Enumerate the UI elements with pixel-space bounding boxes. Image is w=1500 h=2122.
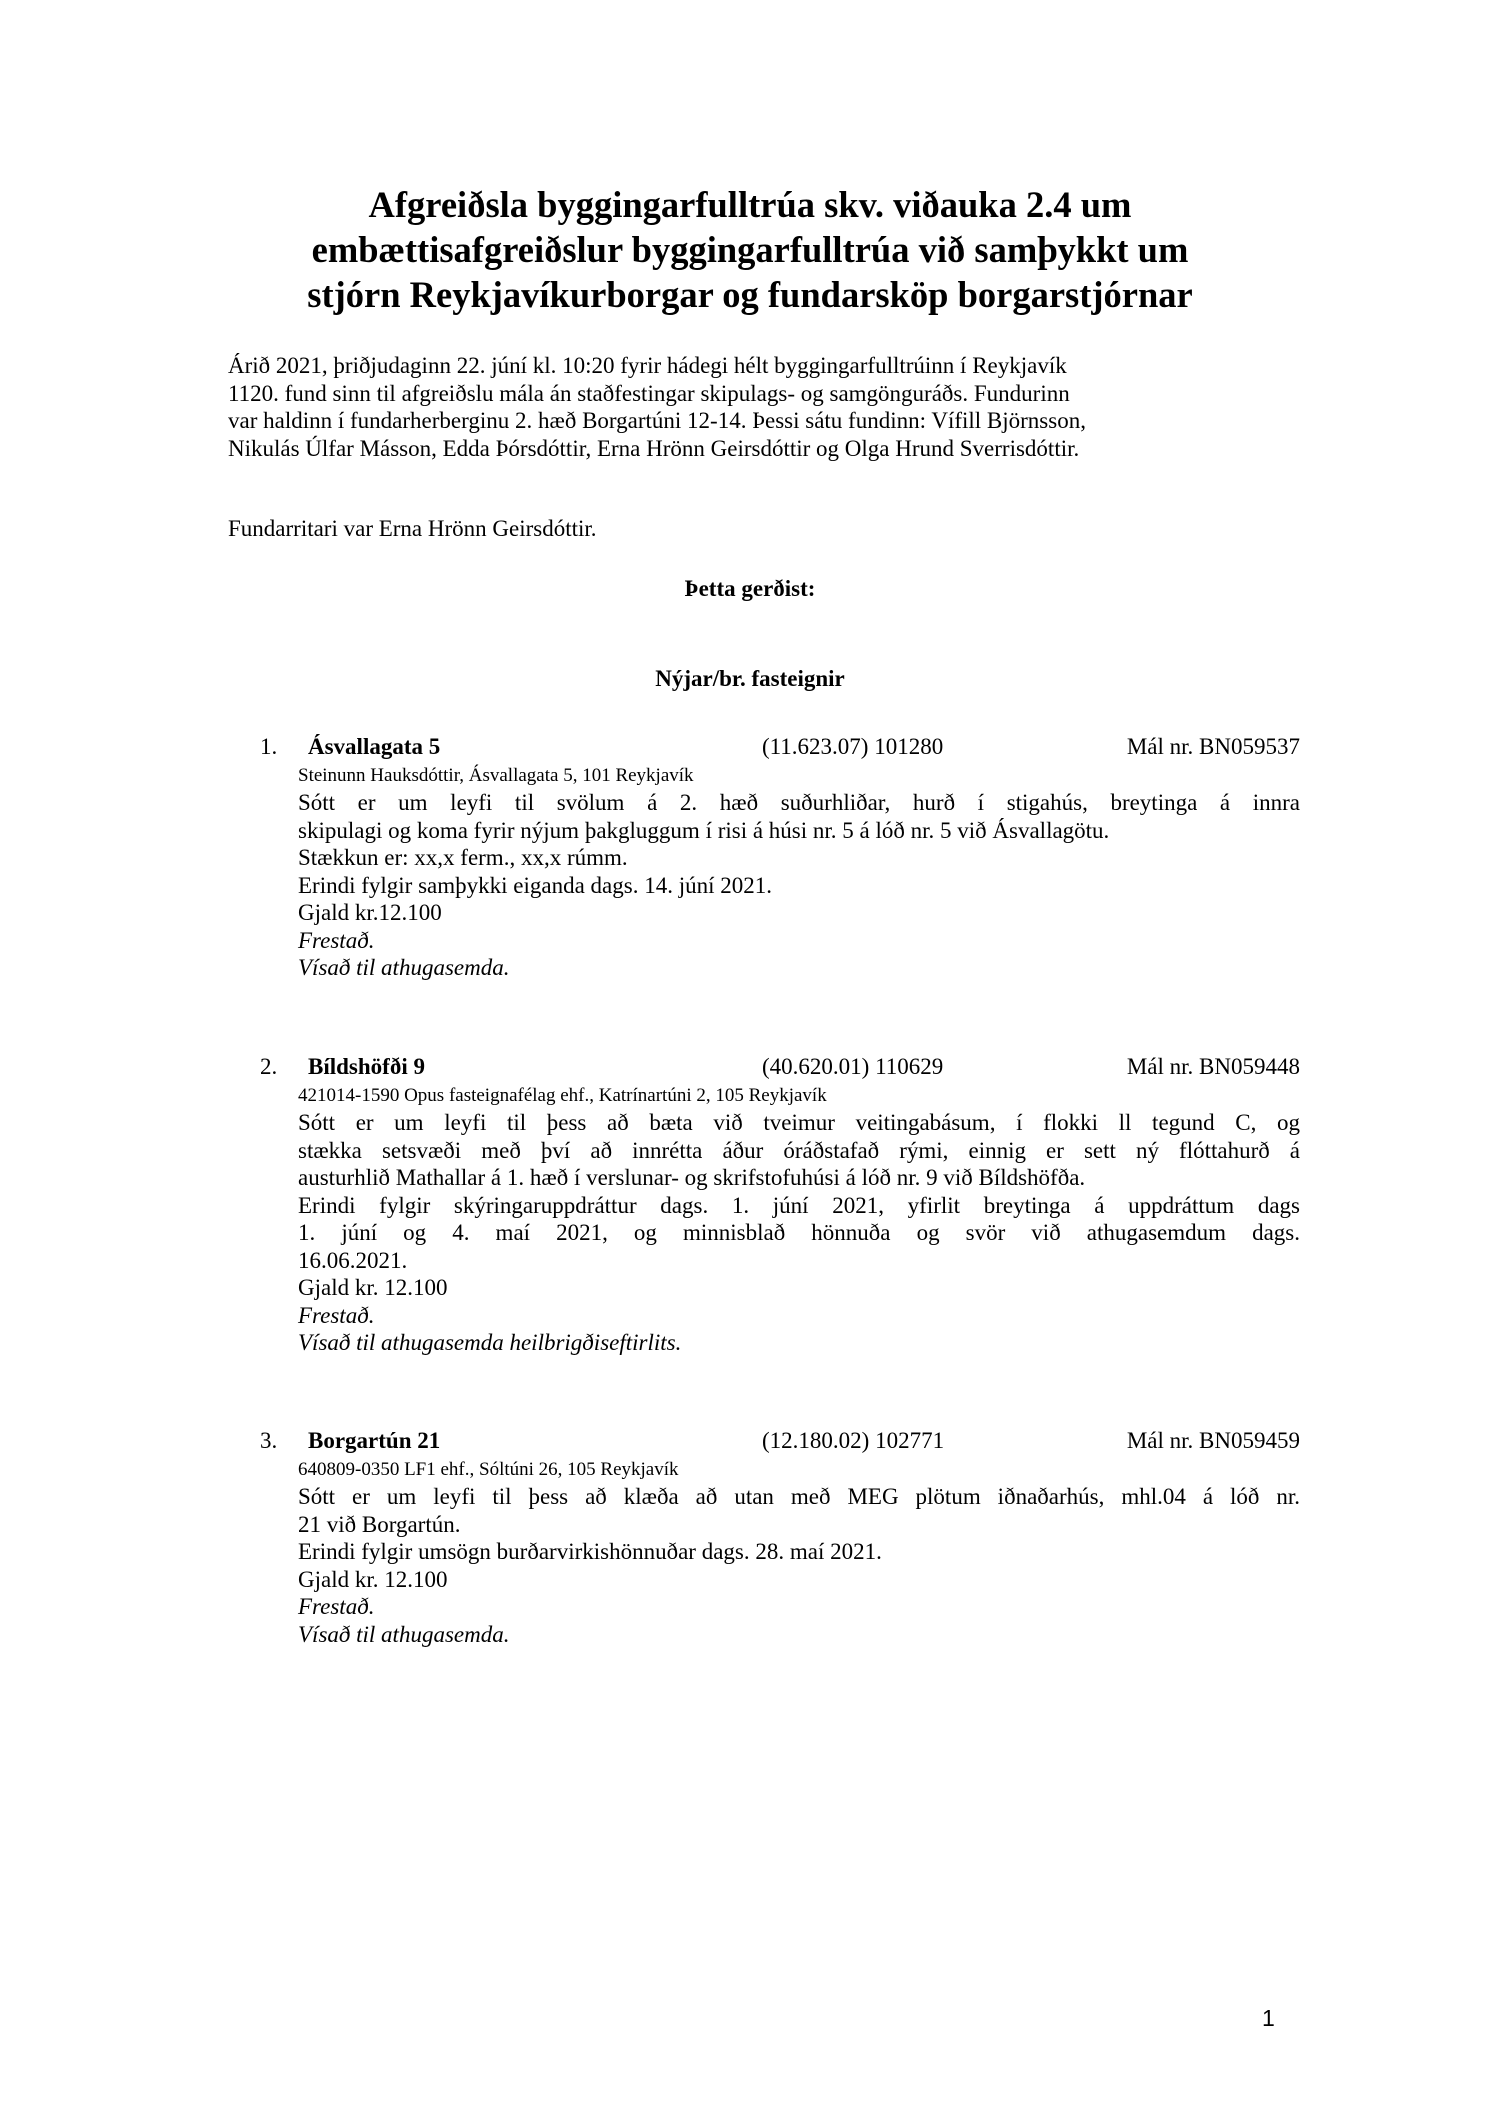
case-body: Steinunn Hauksdóttir, Ásvallagata 5, 101…	[298, 763, 1300, 982]
case-number: 3.	[260, 1427, 277, 1455]
case-decision: Frestað.	[298, 927, 1300, 955]
case-description-line: stækka setsvæði með því að innrétta áður…	[298, 1137, 1300, 1165]
meeting-intro-paragraph: Árið 2021, þriðjudaginn 22. júní kl. 10:…	[228, 352, 1308, 462]
case-header: 1. Ásvallagata 5 (11.623.07) 101280 Mál …	[260, 733, 1300, 763]
case-description-line: austurhlið Mathallar á 1. hæð í versluna…	[298, 1164, 1300, 1192]
case-detail-line: Erindi fylgir samþykki eiganda dags. 14.…	[298, 872, 1300, 900]
section-heading: Nýjar/br. fasteignir	[200, 665, 1300, 693]
case-description-line: Sótt er um leyfi til þess að bæta við tv…	[298, 1109, 1300, 1137]
case-land-id: (12.180.02) 102771	[762, 1427, 944, 1455]
proceedings-heading: Þetta gerðist:	[200, 575, 1300, 603]
case-detail-line: Stækkun er: xx,x ferm., xx,x rúmm.	[298, 844, 1300, 872]
case-fee: Gjald kr. 12.100	[298, 1566, 1300, 1594]
case-number-ref: Mál nr. BN059448	[1127, 1053, 1300, 1081]
case-item: 3. Borgartún 21 (12.180.02) 102771 Mál n…	[260, 1427, 1300, 1648]
case-address: Borgartún 21	[308, 1427, 440, 1455]
case-description-line: 1. júní og 4. maí 2021, og minnisblað hö…	[298, 1219, 1300, 1247]
intro-line: 1120. fund sinn til afgreiðslu mála án s…	[228, 380, 1308, 408]
case-description-line: Sótt er um leyfi til svölum á 2. hæð suð…	[298, 789, 1300, 817]
case-item: 2. Bíldshöfði 9 (40.620.01) 110629 Mál n…	[260, 1053, 1300, 1357]
case-description-line: Erindi fylgir skýringaruppdráttur dags. …	[298, 1192, 1300, 1220]
case-land-id: (11.623.07) 101280	[762, 733, 943, 761]
case-header: 3. Borgartún 21 (12.180.02) 102771 Mál n…	[260, 1427, 1300, 1457]
case-detail-line: Erindi fylgir umsögn burðarvirkishönnuða…	[298, 1538, 1300, 1566]
case-number: 2.	[260, 1053, 277, 1081]
case-item: 1. Ásvallagata 5 (11.623.07) 101280 Mál …	[260, 733, 1300, 982]
intro-line: Nikulás Úlfar Másson, Edda Þórsdóttir, E…	[228, 435, 1308, 463]
case-body: 421014-1590 Opus fasteignafélag ehf., Ka…	[298, 1083, 1300, 1357]
case-description-line: skipulagi og koma fyrir nýjum þakgluggum…	[298, 817, 1300, 845]
title-line: embættisafgreiðslur byggingarfulltrúa vi…	[200, 227, 1300, 272]
case-body: 640809-0350 LF1 ehf., Sóltúni 26, 105 Re…	[298, 1457, 1300, 1648]
document-page: Afgreiðsla byggingarfulltrúa skv. viðauk…	[0, 0, 1500, 2122]
case-decision-note: Vísað til athugasemda.	[298, 954, 1300, 982]
case-decision: Frestað.	[298, 1593, 1300, 1621]
intro-line: Árið 2021, þriðjudaginn 22. júní kl. 10:…	[228, 352, 1308, 380]
case-address: Ásvallagata 5	[308, 733, 440, 761]
case-decision-note: Vísað til athugasemda.	[298, 1621, 1300, 1649]
title-line: stjórn Reykjavíkurborgar og fundarsköp b…	[200, 272, 1300, 317]
case-applicant: 640809-0350 LF1 ehf., Sóltúni 26, 105 Re…	[298, 1457, 1300, 1483]
case-number-ref: Mál nr. BN059537	[1127, 733, 1300, 761]
case-applicant: 421014-1590 Opus fasteignafélag ehf., Ka…	[298, 1083, 1300, 1109]
case-fee: Gjald kr.12.100	[298, 899, 1300, 927]
case-fee: Gjald kr. 12.100	[298, 1274, 1300, 1302]
case-decision: Frestað.	[298, 1302, 1300, 1330]
intro-line: var haldinn í fundarherberginu 2. hæð Bo…	[228, 407, 1308, 435]
secretary-note: Fundarritari var Erna Hrönn Geirsdóttir.	[228, 515, 597, 543]
case-decision-note: Vísað til athugasemda heilbrigðiseftirli…	[298, 1329, 1300, 1357]
case-address: Bíldshöfði 9	[308, 1053, 425, 1081]
case-land-id: (40.620.01) 110629	[762, 1053, 943, 1081]
case-description-line: 16.06.2021.	[298, 1247, 1300, 1275]
case-description-line: 21 við Borgartún.	[298, 1511, 1300, 1539]
case-description-line: Sótt er um leyfi til þess að klæða að ut…	[298, 1483, 1300, 1511]
case-applicant: Steinunn Hauksdóttir, Ásvallagata 5, 101…	[298, 763, 1300, 789]
case-header: 2. Bíldshöfði 9 (40.620.01) 110629 Mál n…	[260, 1053, 1300, 1083]
title-line: Afgreiðsla byggingarfulltrúa skv. viðauk…	[200, 182, 1300, 227]
document-title: Afgreiðsla byggingarfulltrúa skv. viðauk…	[200, 182, 1300, 317]
case-number-ref: Mál nr. BN059459	[1127, 1427, 1300, 1455]
case-number: 1.	[260, 733, 277, 761]
page-number: 1	[1262, 2005, 1275, 2032]
